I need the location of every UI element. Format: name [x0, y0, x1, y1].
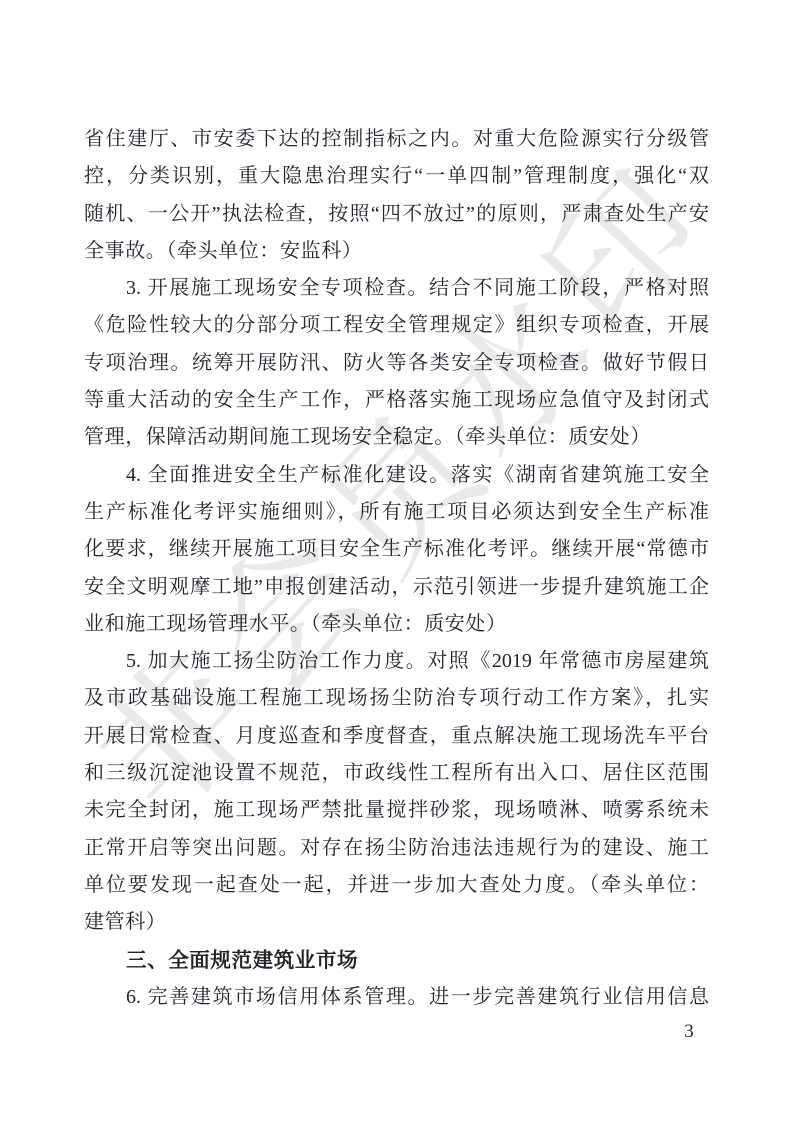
section-heading: 三、全面规范建筑业市场	[84, 942, 709, 979]
text-line: 正常开启等突出问题。对存在扬尘防治违法违规行为的建设、施工	[84, 830, 709, 867]
text-line: 等重大活动的安全生产工作，严格落实施工现场应急值守及封闭式	[84, 382, 709, 419]
text-line: 业和施工现场管理水平。（牵头单位：质安处）	[84, 606, 709, 643]
text-line: 和三级沉淀池设置不规范，市政线性工程所有出入口、居住区范围	[84, 755, 709, 792]
document-body: 省住建厅、市安委下达的控制指标之内。对重大危险源实行分级管控，分类识别，重大隐患…	[84, 121, 709, 1016]
text-line: 生产标准化考评实施细则》，所有施工项目必须达到安全生产标准	[84, 494, 709, 531]
text-line: 省住建厅、市安委下达的控制指标之内。对重大危险源实行分级管	[84, 121, 709, 158]
text-line: 5. 加大施工扬尘防治工作力度。对照《2019 年常德市房屋建筑	[84, 643, 709, 680]
text-line: 安全文明观摩工地”申报创建活动，示范引领进一步提升建筑施工企	[84, 569, 709, 606]
text-line: 4. 全面推进安全生产标准化建设。落实《湖南省建筑施工安全	[84, 457, 709, 494]
text-line: 6. 完善建筑市场信用体系管理。进一步完善建筑行业信用信息	[84, 979, 709, 1016]
text-line: 建管科）	[84, 904, 709, 941]
text-line: 单位要发现一起查处一起，并进一步加大查处力度。（牵头单位：	[84, 867, 709, 904]
text-line: 专项治理。统筹开展防汛、防火等各类安全专项检查。做好节假日	[84, 345, 709, 382]
text-line: 3. 开展施工现场安全专项检查。结合不同施工阶段，严格对照	[84, 270, 709, 307]
text-line: 化要求，继续开展施工项目安全生产标准化考评。继续开展“常德市	[84, 531, 709, 568]
text-line: 《危险性较大的分部分项工程安全管理规定》组织专项检查，开展	[84, 307, 709, 344]
text-line: 随机、一公开”执法检查，按照“四不放过”的原则，严肃查处生产安	[84, 196, 709, 233]
page-number: 3	[674, 1021, 704, 1043]
text-line: 管理，保障活动期间施工现场安全稳定。（牵头单位：质安处）	[84, 419, 709, 456]
text-line: 全事故。（牵头单位：安监科）	[84, 233, 709, 270]
document-page: 非会员水印 省住建厅、市安委下达的控制指标之内。对重大危险源实行分级管控，分类识…	[0, 0, 793, 1122]
text-line: 控，分类识别，重大隐患治理实行“一单四制”管理制度，强化“双	[84, 158, 709, 195]
text-line: 开展日常检查、月度巡查和季度督查，重点解决施工现场洗车平台	[84, 718, 709, 755]
text-line: 及市政基础设施工程施工现场扬尘防治专项行动工作方案》，扎实	[84, 680, 709, 717]
text-line: 未完全封闭，施工现场严禁批量搅拌砂浆，现场喷淋、喷雾系统未	[84, 792, 709, 829]
